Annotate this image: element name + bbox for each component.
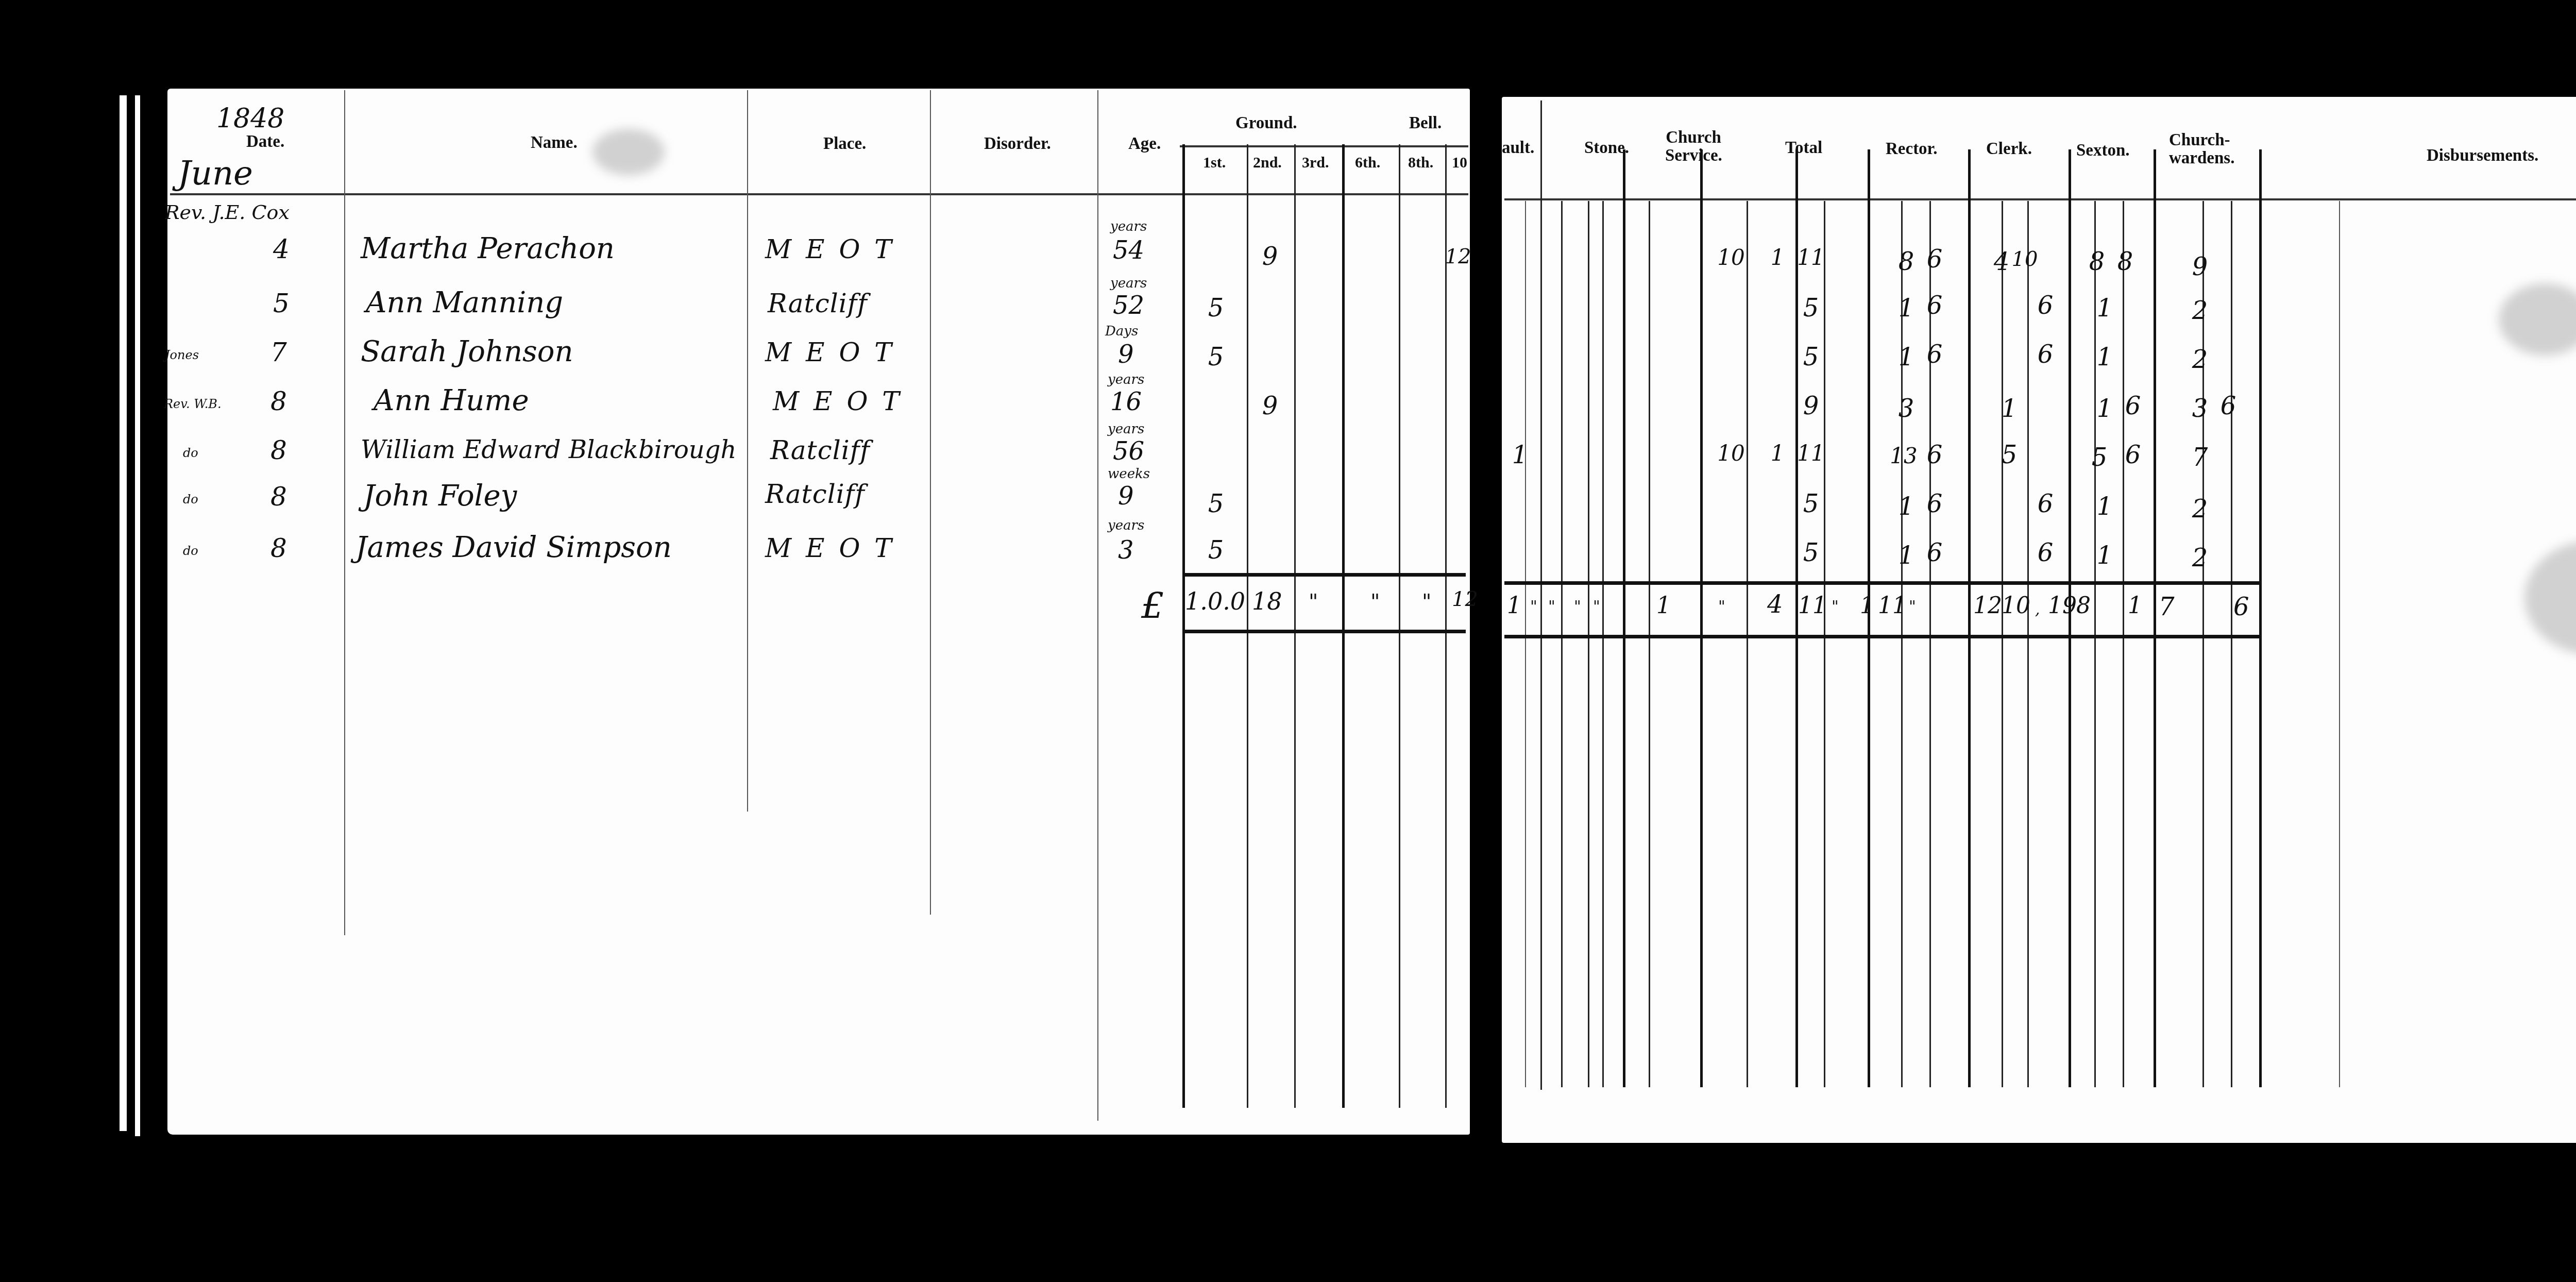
entry-age: 9	[1118, 482, 1134, 511]
entry-sexton-s: 5	[2084, 443, 2115, 472]
header-rule	[170, 193, 1468, 195]
total-total-4: 11	[1878, 593, 1907, 619]
total-clerk-1: ,	[2035, 600, 2040, 618]
entry-churchwardens-s: 7	[2184, 443, 2215, 472]
entry-rector-s: 8	[1891, 247, 1922, 276]
column-divider	[1649, 201, 1650, 1087]
entry-churchwardens-d: 6	[2213, 392, 2244, 420]
column-divider	[1540, 100, 1542, 1090]
entry-church-service-s: 10	[1716, 245, 1747, 270]
entry-rector-s: 1	[1891, 343, 1922, 372]
column-divider	[2154, 149, 2156, 1087]
entry-ground-1st: 5	[1200, 536, 1231, 565]
header-ground-1st: 1st.	[1203, 155, 1226, 171]
entry-place: M E O T	[765, 338, 895, 367]
column-divider	[2231, 201, 2232, 1087]
total-churchwardens-d: 6	[2233, 593, 2249, 621]
header-disorder: Disorder.	[984, 135, 1051, 153]
entry-clerk-d: 6	[2030, 291, 2061, 320]
header-ground: Ground.	[1235, 114, 1297, 132]
entry-church-service-s: 10	[1716, 441, 1747, 466]
entry-age: 3	[1118, 536, 1134, 565]
entry-place: M E O T	[773, 386, 903, 416]
entry-age: 54	[1113, 236, 1144, 265]
total-total-5: "	[1909, 598, 1916, 616]
column-divider	[1097, 90, 1098, 1121]
entry-rector-s: 1	[1891, 294, 1922, 323]
entry-margin-note: Jones	[165, 348, 199, 362]
entry-sexton-d: 8	[2110, 247, 2141, 276]
stain	[592, 129, 665, 175]
entry-clerk-d: 6	[2030, 340, 2061, 369]
entry-rector-d: 6	[1919, 441, 1950, 469]
entry-ground-1st: 5	[1200, 343, 1231, 372]
entry-ground-1st: 5	[1200, 294, 1231, 323]
entry-church-service-d: 1	[1762, 245, 1793, 270]
header-ground-2nd: 2nd.	[1253, 155, 1282, 171]
entry-sexton-s: 1	[2089, 294, 2120, 323]
total-total-1: 11	[1798, 593, 1827, 619]
column-divider	[1968, 149, 1971, 1087]
entry-total-s: 5	[1795, 294, 1826, 323]
entry-rector-s: 1	[1891, 541, 1922, 570]
entry-rector-d: 6	[1919, 340, 1950, 369]
column-divider	[1294, 144, 1296, 1108]
column-divider	[1747, 201, 1748, 1087]
entry-age: 16	[1110, 387, 1142, 416]
header-name: Name.	[531, 134, 578, 152]
column-divider	[1182, 144, 1185, 1108]
entry-age-unit: years	[1108, 372, 1144, 387]
column-divider	[2202, 201, 2204, 1087]
column-divider	[1929, 201, 1931, 1087]
book-gutter	[1471, 93, 1501, 1149]
entry-churchwardens-s: 2	[2184, 345, 2215, 374]
column-divider	[1342, 144, 1345, 1108]
entry-place: Ratcliff	[765, 479, 865, 509]
entry-bell: 12	[1443, 245, 1473, 268]
total-vault-3: "	[1548, 598, 1555, 616]
column-divider	[2339, 201, 2340, 1087]
entry-date: 4	[273, 234, 290, 264]
header-place: Place.	[823, 135, 866, 153]
header-rule	[1504, 198, 2576, 200]
entry-age-unit: weeks	[1108, 466, 1150, 482]
officiant-note: Rev. J.E. Cox	[165, 201, 290, 224]
header-bell: Bell.	[1409, 114, 1442, 132]
entry-age-unit: years	[1110, 219, 1147, 234]
entry-clerk-s: 5	[1994, 441, 2025, 469]
total-rector-d: 10	[2002, 593, 2030, 619]
entry-rector-d: 6	[1919, 291, 1950, 320]
entry-margin-note: do	[183, 492, 198, 507]
entry-ground-2nd: 9	[1255, 392, 1285, 420]
column-divider	[747, 90, 748, 812]
column-divider	[2027, 201, 2029, 1087]
totals-rule-bottom	[1504, 635, 2262, 638]
year: 1848	[216, 103, 284, 134]
column-divider	[1602, 201, 1604, 1087]
entry-age-unit: years	[1108, 518, 1144, 533]
currency-symbol: £	[1141, 585, 1164, 627]
entry-sexton-d: 6	[2117, 441, 2148, 469]
entry-name: John Foley	[363, 479, 517, 513]
entry-ground-1st: 5	[1200, 490, 1231, 518]
total-churchwardens-s: 7	[2159, 593, 2175, 621]
header-total: Total	[1785, 139, 1822, 157]
entry-sexton-s: 1	[2089, 394, 2120, 423]
header-ground-3rd: 3rd.	[1302, 155, 1329, 171]
entry-church-service-d: 1	[1762, 441, 1793, 466]
header-date: Date.	[246, 133, 284, 151]
column-divider	[1561, 201, 1563, 1087]
header-ground-6th: 6th.	[1355, 155, 1380, 171]
entry-rector-s: 13	[1888, 443, 1919, 468]
entry-margin-note: do	[183, 446, 198, 460]
entry-rector-s: 1	[1891, 492, 1922, 521]
header-disbursements: Disbursements.	[2427, 147, 2538, 165]
column-divider	[1399, 144, 1400, 1108]
total-stone: 1	[1656, 593, 1671, 619]
entry-date: 8	[270, 482, 287, 512]
header-ground-10th: 10	[1452, 155, 1467, 171]
total-clerk-3: 8	[2076, 593, 2091, 619]
entry-churchwardens-s: 3	[2184, 394, 2215, 423]
total-clerk-2: 19	[2048, 593, 2077, 619]
total-ground-2nd: 18	[1252, 587, 1282, 615]
header-church-service: Church Service.	[1665, 129, 1722, 164]
entry-date: 5	[273, 289, 290, 318]
header-stone: Stone.	[1584, 139, 1629, 157]
total-ground-6th: "	[1370, 590, 1380, 614]
entry-sexton-s: 1	[2089, 343, 2120, 372]
entry-age-unit: Days	[1105, 324, 1138, 339]
ground-subheader-rule	[1180, 145, 1468, 147]
column-divider	[1901, 201, 1903, 1087]
header-churchwardens: Church-wardens.	[2169, 131, 2226, 167]
total-ground-3rd: "	[1309, 590, 1318, 614]
header-vault: ault.	[1502, 139, 1534, 157]
entry-rector-s: 3	[1891, 394, 1922, 423]
entry-place: M E O T	[765, 234, 895, 264]
totals-rule-top	[1185, 573, 1466, 577]
column-divider	[2123, 201, 2124, 1087]
entry-name: Ann Hume	[374, 384, 529, 417]
entry-total-s: 9	[1795, 392, 1826, 420]
column-divider	[1525, 201, 1526, 1087]
total-rector-s: 12	[1973, 593, 2002, 619]
entry-sexton-s: 1	[2089, 541, 2120, 570]
entry-total-s: 5	[1795, 490, 1826, 518]
entry-total-s: 5	[1795, 343, 1826, 372]
entry-rector-d: 6	[1919, 490, 1950, 518]
entry-clerk-s: 1	[1994, 394, 2025, 423]
entry-total-s: 11	[1795, 441, 1826, 466]
header-sexton: Sexton.	[2076, 142, 2130, 160]
entry-margin-note: Rev. W.B.	[164, 397, 222, 411]
column-divider	[1445, 144, 1447, 1108]
entry-age: 52	[1113, 291, 1144, 320]
entry-date: 8	[270, 435, 287, 465]
entry-vault: 1	[1504, 441, 1535, 469]
column-divider	[2002, 201, 2003, 1087]
entry-churchwardens-s: 2	[2184, 495, 2215, 524]
column-divider	[2259, 149, 2262, 1087]
column-divider	[1700, 149, 1703, 1087]
column-divider	[1824, 201, 1825, 1087]
column-divider	[1588, 201, 1589, 1087]
total-sexton: 1	[2128, 593, 2142, 619]
total-vault-2: "	[1530, 598, 1537, 616]
entry-churchwardens-s: 2	[2184, 544, 2215, 572]
column-divider	[344, 90, 345, 935]
entry-date: 7	[270, 338, 287, 367]
total-church-service-2: 4	[1767, 590, 1783, 619]
header-ground-8th: 8th.	[1408, 155, 1433, 171]
column-divider	[2094, 201, 2096, 1087]
total-total-2: "	[1832, 598, 1839, 616]
entry-total-s: 11	[1795, 245, 1826, 270]
entry-churchwardens-s: 2	[2184, 296, 2215, 325]
entry-rector-d: 6	[1919, 538, 1950, 567]
entry-date: 8	[270, 533, 287, 563]
entry-rector-d: 6	[1919, 245, 1950, 274]
entry-age: 9	[1118, 340, 1134, 369]
entry-age-unit: years	[1110, 276, 1147, 291]
entry-sexton-s: 8	[2081, 247, 2112, 276]
entry-name: Martha Perachon	[361, 232, 615, 265]
entry-total-s: 5	[1795, 538, 1826, 567]
total-church-service-1: "	[1718, 598, 1725, 616]
entry-clerk-d: 6	[2030, 490, 2061, 518]
header-age: Age.	[1128, 135, 1161, 153]
book-edge	[135, 95, 140, 1136]
entry-name: Sarah Johnson	[361, 335, 573, 368]
total-vault-5: "	[1593, 598, 1600, 616]
entry-clerk-d: 10	[2009, 247, 2040, 271]
entry-place: Ratcliff	[770, 435, 870, 465]
column-divider	[1623, 149, 1625, 1087]
entry-clerk-d: 6	[2030, 538, 2061, 567]
entry-name: Ann Manning	[366, 286, 563, 319]
header-rector: Rector.	[1886, 140, 1937, 158]
total-vault-4: "	[1574, 598, 1581, 616]
entry-age-unit: years	[1108, 421, 1144, 437]
entry-place: M E O T	[765, 533, 895, 563]
month: June	[178, 155, 253, 193]
entry-name: James David Simpson	[355, 531, 672, 564]
total-total-3: 1	[1860, 593, 1874, 619]
header-clerk: Clerk.	[1986, 140, 2032, 158]
entry-age: 56	[1113, 437, 1144, 466]
totals-rule-top	[1504, 581, 2262, 585]
book-edge	[120, 95, 127, 1131]
entry-sexton-d: 6	[2117, 392, 2148, 420]
entry-name: William Edward Blackbirough	[361, 435, 736, 464]
total-ground-1st: 1.0.0	[1185, 587, 1245, 615]
entry-sexton-s: 1	[2089, 492, 2120, 521]
entry-margin-note: do	[183, 544, 198, 558]
entry-date: 8	[270, 386, 287, 416]
column-divider	[1247, 144, 1248, 1108]
total-bell: 12	[1452, 587, 1478, 611]
total-ground-8th: "	[1422, 590, 1431, 614]
total-vault-1: 1	[1507, 593, 1521, 619]
entry-churchwardens-s: 9	[2184, 252, 2215, 281]
totals-rule-bottom	[1185, 630, 1466, 633]
column-divider	[930, 90, 931, 915]
entry-place: Ratcliff	[768, 289, 868, 318]
entry-ground-2nd: 9	[1255, 242, 1285, 271]
